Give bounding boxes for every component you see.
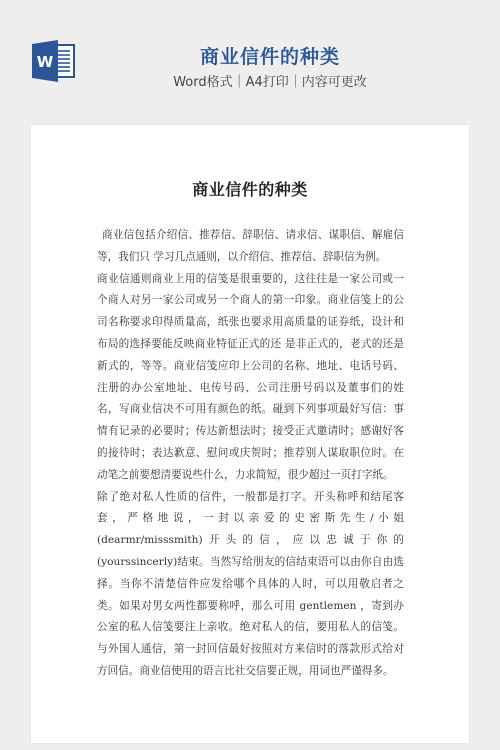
document-title: 商业信件的种类 — [31, 179, 469, 201]
document-page: 商业信件的种类 商业信包括介绍信、推荐信、辞职信、请求信、谋职信、解雇信等，我们… — [31, 125, 469, 743]
word-icon: W — [31, 40, 77, 82]
paragraph-personal-letters: 除了绝对私人性质的信件，一般都是打字。开头称呼和结尾客套，严格地说，一封以亲爱的… — [97, 487, 404, 683]
paragraph-intro: 商业信包括介绍信、推荐信、辞职信、请求信、谋职信、解雇信等，我们只 学习几点通则… — [97, 225, 404, 269]
header-subtitle: Word格式｜A4打印｜内容可更改 — [140, 74, 400, 92]
paragraph-general-rules: 商业信通则商业上用的信笺是很重要的，这往往是一家公司或一个商人对另一家公司或另一… — [97, 269, 404, 487]
page-header: W 商业信件的种类 Word格式｜A4打印｜内容可更改 — [0, 0, 500, 120]
document-body: 商业信包括介绍信、推荐信、辞职信、请求信、谋职信、解雇信等，我们只 学习几点通则… — [97, 225, 404, 683]
header-title: 商业信件的种类 — [140, 44, 400, 70]
svg-text:W: W — [37, 53, 54, 71]
